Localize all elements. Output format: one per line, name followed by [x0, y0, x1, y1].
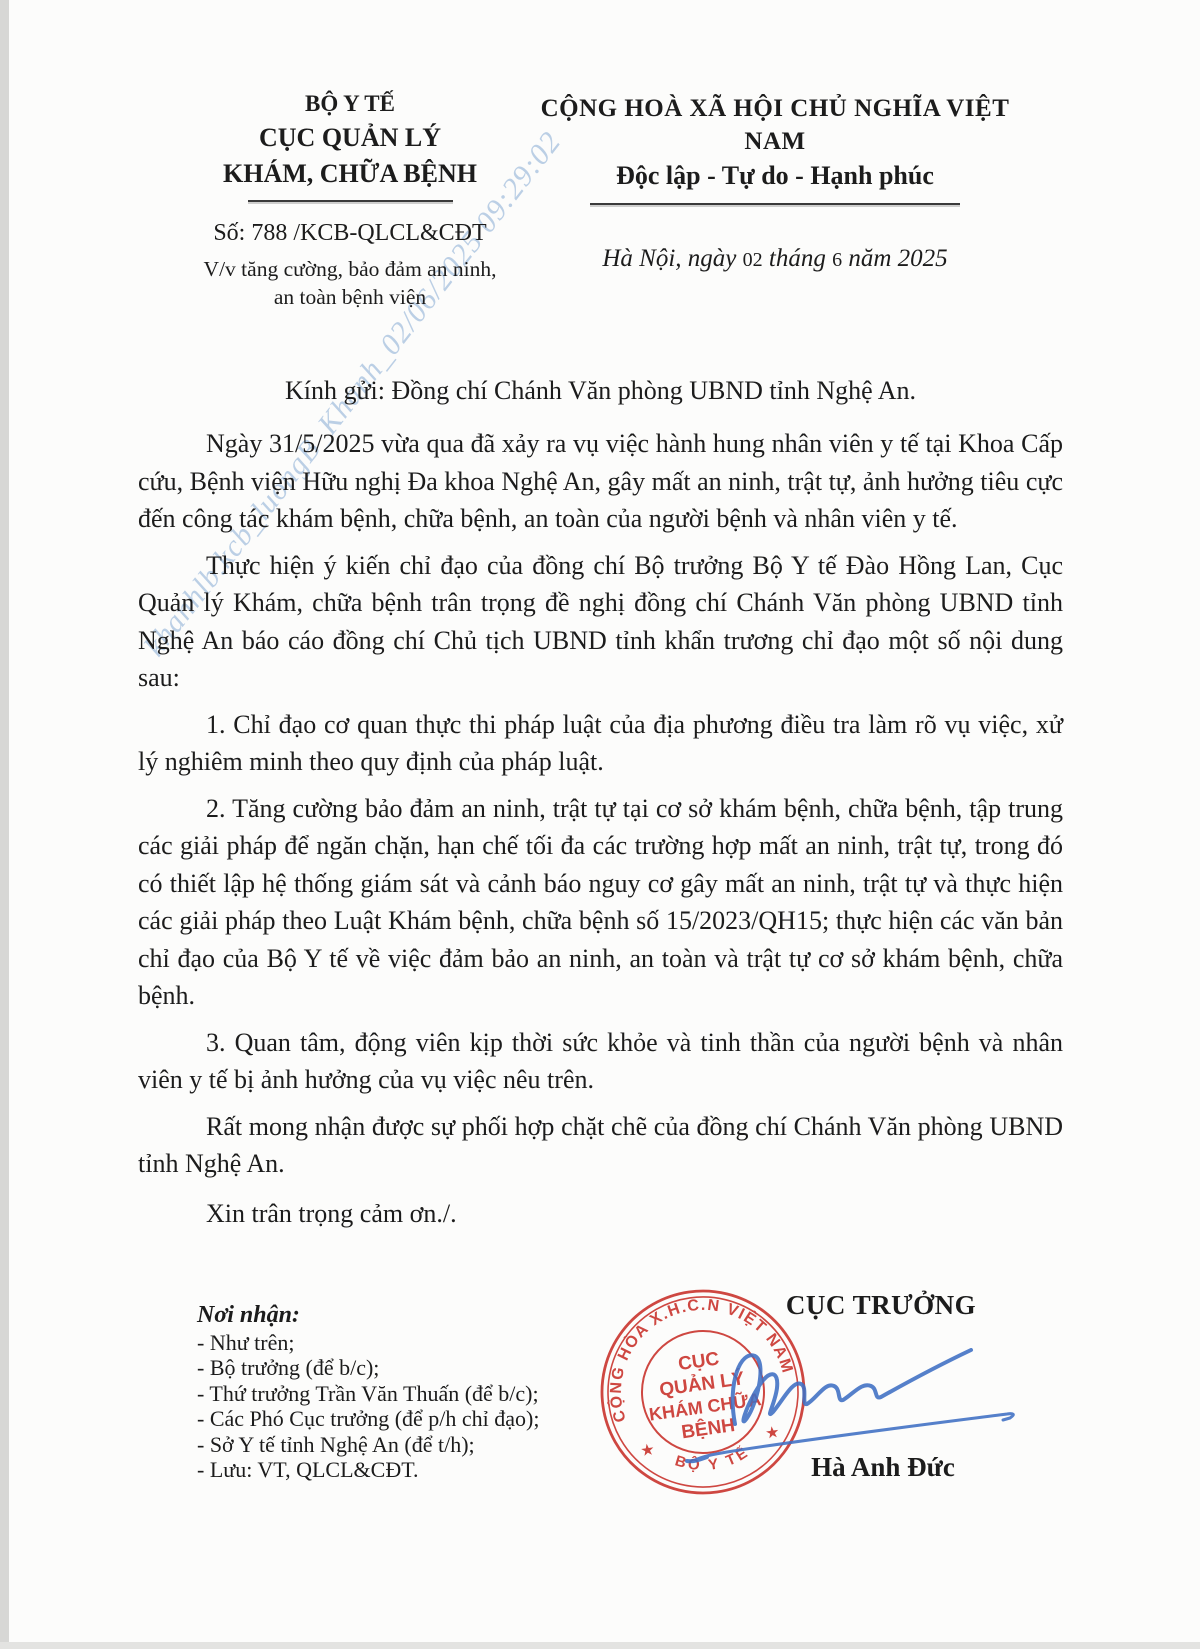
issuer-block: BỘ Y TẾ CỤC QUẢN LÝ KHÁM, CHỮA BỆNH Số: … — [160, 88, 540, 311]
salutation: Kính gửi: Đồng chí Chánh Văn phòng UBND … — [138, 373, 1063, 409]
page-edge-left — [0, 0, 9, 1649]
recipients-block: Nơi nhận: - Như trên; - Bộ trưởng (để b/… — [197, 1300, 637, 1482]
national-header-block: CỘNG HOÀ XÃ HỘI CHỦ NGHĨA VIỆT NAM Độc l… — [515, 92, 1035, 273]
recipient-item: - Sở Y tế tỉnh Nghệ An (để t/h); — [197, 1432, 637, 1457]
document-subject-line2: an toàn bệnh viện — [160, 283, 540, 311]
recipient-item: - Các Phó Cục trưởng (để p/h chỉ đạo); — [197, 1406, 637, 1431]
issuer-department-line2: KHÁM, CHỮA BỆNH — [160, 156, 540, 192]
national-motto: CỘNG HOÀ XÃ HỘI CHỦ NGHĨA VIỆT NAM — [515, 92, 1035, 158]
closing-line: Xin trân trọng cảm ơn./. — [138, 1195, 1063, 1233]
issuer-department-line1: CỤC QUẢN LÝ — [160, 120, 540, 156]
body-paragraph-4: 2. Tăng cường bảo đảm an ninh, trật tự t… — [138, 790, 1063, 1015]
body-paragraph-3: 1. Chỉ đạo cơ quan thực thi pháp luật củ… — [138, 706, 1063, 781]
page-edge-bottom — [0, 1642, 1200, 1649]
date-day: 02 — [743, 249, 763, 271]
body-paragraph-5: 3. Quan tâm, động viên kịp thời sức khỏe… — [138, 1024, 1063, 1099]
date-month: 6 — [832, 249, 842, 271]
date-thang: tháng — [769, 245, 826, 272]
recipients-title: Nơi nhận: — [197, 1300, 637, 1330]
national-underline — [590, 203, 960, 205]
document-number: Số: 788 /KCB-QLCL&CĐT — [160, 220, 540, 247]
body-paragraph-2: Thực hiện ý kiến chỉ đạo của đồng chí Bộ… — [138, 547, 1063, 697]
place-date-line: Hà Nội, ngày 02 tháng 6 năm 2025 — [515, 245, 1035, 273]
official-letter-page: khanhlb.kcb_luongB_Khanh_02/06/2025 09:2… — [0, 0, 1200, 1649]
issuer-underline — [248, 200, 453, 202]
letter-body: Kính gửi: Đồng chí Chánh Văn phòng UBND … — [138, 373, 1063, 1232]
document-subject-line1: V/v tăng cường, bảo đảm an ninh, — [160, 255, 540, 283]
recipient-item: - Thứ trưởng Trần Văn Thuấn (để b/c); — [197, 1381, 637, 1406]
date-suffix: năm 2025 — [848, 245, 947, 272]
recipient-item: - Như trên; — [197, 1330, 637, 1355]
recipient-item: - Lưu: VT, QLCL&CĐT. — [197, 1457, 637, 1482]
signature-scribble-icon — [615, 1320, 1055, 1480]
issuer-ministry: BỘ Y TẾ — [160, 88, 540, 120]
date-prefix: Hà Nội, ngày — [602, 245, 736, 272]
recipient-item: - Bộ trưởng (để b/c); — [197, 1355, 637, 1380]
body-paragraph-1: Ngày 31/5/2025 vừa qua đã xảy ra vụ việc… — [138, 425, 1063, 538]
body-paragraph-6: Rất mong nhận được sự phối hợp chặt chẽ … — [138, 1108, 1063, 1183]
national-slogan: Độc lập - Tự do - Hạnh phúc — [515, 158, 1035, 193]
